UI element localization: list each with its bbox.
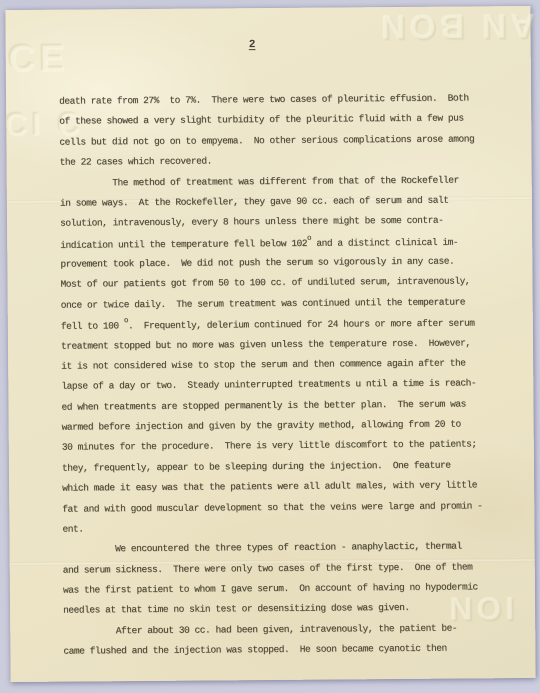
text-line: came flushed and the injection was stopp…	[63, 642, 529, 666]
document-page: CECI CAN BONION 2 death rate from 27% to…	[5, 6, 535, 682]
typewritten-text: death rate from 27% to 7%. There were tw…	[59, 92, 529, 666]
watermark-layer: CECI CAN BONION	[5, 6, 530, 10]
degree-superscript: o	[307, 234, 311, 242]
page-number: 2	[0, 37, 515, 53]
screen: { "page": { "number": "2", "background_c…	[0, 0, 540, 693]
degree-superscript: o	[124, 317, 128, 325]
